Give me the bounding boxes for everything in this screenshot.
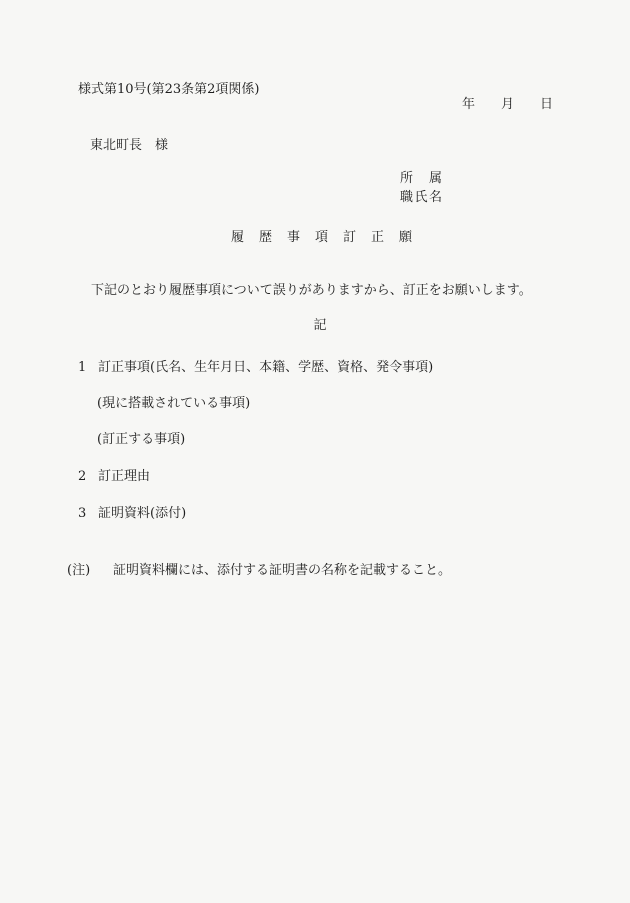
item-1: 1訂正事項(氏名、生年月日、本籍、学歴、資格、発令事項) xyxy=(78,360,433,375)
item-1-label: 訂正事項(氏名、生年月日、本籍、学歴、資格、発令事項) xyxy=(98,360,433,375)
item-1-sub-current-entry: (現に搭載されている事項) xyxy=(97,396,250,411)
item-2: 2訂正理由 xyxy=(78,469,150,484)
item-2-number: 2 xyxy=(78,469,98,484)
document-title: 履 歴 事 項 訂 正 願 xyxy=(0,230,630,245)
item-1-sub-corrected-entry: (訂正する事項) xyxy=(97,432,185,447)
date-line: 年 月 日 xyxy=(462,97,553,112)
record-heading: 記 xyxy=(0,318,630,333)
sender-affiliation-label: 所 属 xyxy=(400,171,444,186)
addressee: 東北町長 様 xyxy=(90,138,168,153)
item-1-number: 1 xyxy=(78,360,98,375)
note: (注)証明資料欄には、添付する証明書の名称を記載すること。 xyxy=(67,563,451,578)
note-prefix: (注) xyxy=(67,563,113,578)
form-number: 様式第10号(第23条第2項関係) xyxy=(78,82,260,97)
item-3-label: 証明資料(添付) xyxy=(98,506,186,521)
document-page: 様式第10号(第23条第2項関係) 年 月 日 東北町長 様 所 属 職氏名 履… xyxy=(0,0,630,903)
note-text: 証明資料欄には、添付する証明書の名称を記載すること。 xyxy=(113,563,451,578)
request-text: 下記のとおり履歴事項について誤りがありますから、訂正をお願いします。 xyxy=(78,283,532,298)
item-2-label: 訂正理由 xyxy=(98,469,150,484)
item-3-number: 3 xyxy=(78,506,98,521)
sender-position-name-label: 職氏名 xyxy=(400,190,444,205)
item-3: 3証明資料(添付) xyxy=(78,506,186,521)
